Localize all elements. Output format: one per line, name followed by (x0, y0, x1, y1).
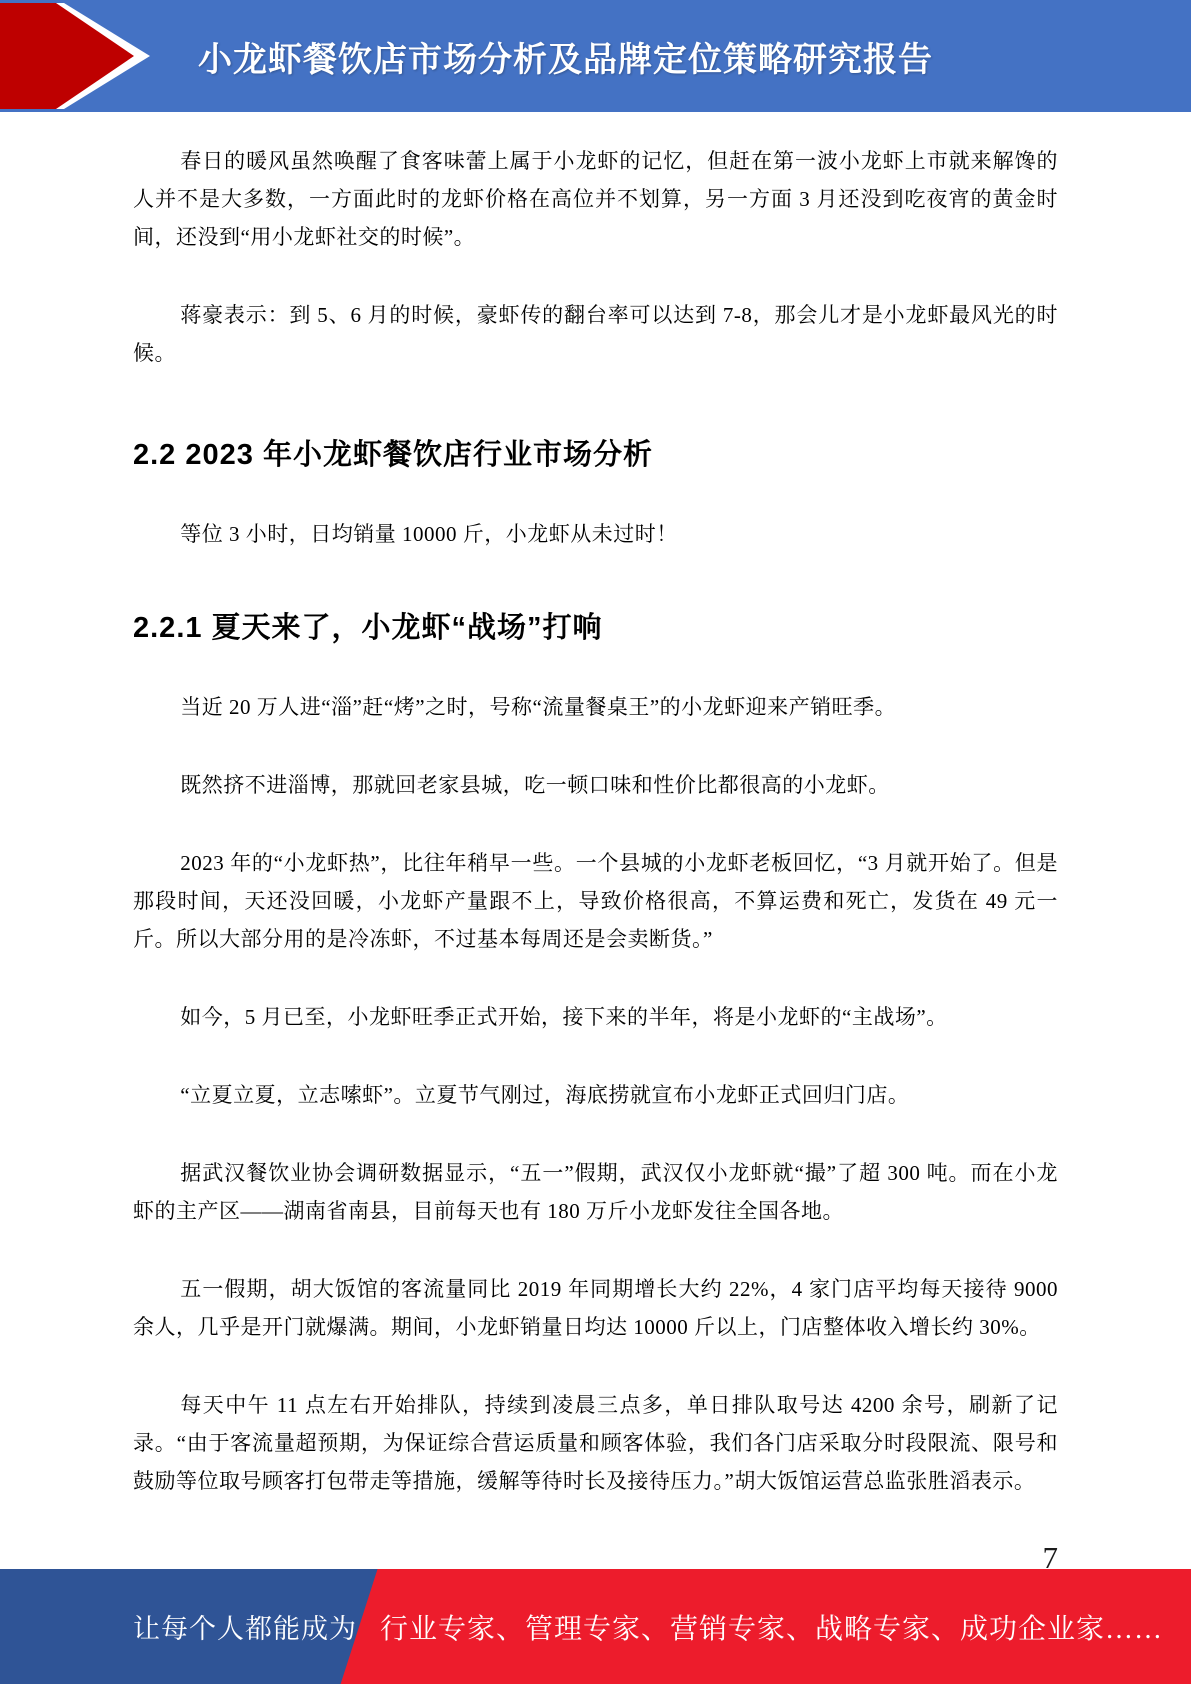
paragraph: 据武汉餐饮业协会调研数据显示，“五一”假期，武汉仅小龙虾就“撮”了超 300 吨… (133, 1154, 1058, 1230)
footer-slogan-left: 让每个人都能成为 (133, 1569, 357, 1684)
paragraph: 如今，5 月已至，小龙虾旺季正式开始，接下来的半年，将是小龙虾的“主战场”。 (133, 998, 1058, 1036)
paragraph: 当近 20 万人进“淄”赶“烤”之时，号称“流量餐桌王”的小龙虾迎来产销旺季。 (133, 688, 1058, 726)
page-footer: 让每个人都能成为 行业专家、管理专家、营销专家、战略专家、成功企业家…… (0, 1569, 1191, 1684)
paragraph: “立夏立夏，立志嗦虾”。立夏节气刚过，海底捞就宣布小龙虾正式回归门店。 (133, 1076, 1058, 1114)
footer-slogan-right: 行业专家、管理专家、营销专家、战略专家、成功企业家…… (380, 1569, 1163, 1684)
section-heading-2-2-1: 2.2.1 夏天来了，小龙虾“战场”打响 (133, 605, 1058, 646)
report-title: 小龙虾餐饮店市场分析及品牌定位策略研究报告 (198, 32, 933, 81)
paragraph: 春日的暖风虽然唤醒了食客味蕾上属于小龙虾的记忆，但赶在第一波小龙虾上市就来解馋的… (133, 142, 1058, 256)
report-page: 小龙虾餐饮店市场分析及品牌定位策略研究报告 春日的暖风虽然唤醒了食客味蕾上属于小… (0, 0, 1191, 1684)
paragraph: 等位 3 小时，日均销量 10000 斤，小龙虾从未过时！ (133, 515, 1058, 553)
document-body: 春日的暖风虽然唤醒了食客味蕾上属于小龙虾的记忆，但赶在第一波小龙虾上市就来解馋的… (0, 142, 1191, 1500)
paragraph: 蒋豪表示：到 5、6 月的时候，豪虾传的翻台率可以达到 7-8，那会儿才是小龙虾… (133, 296, 1058, 372)
paragraph: 每天中午 11 点左右开始排队，持续到凌晨三点多，单日排队取号达 4200 余号… (133, 1386, 1058, 1500)
header-title-wrap: 小龙虾餐饮店市场分析及品牌定位策略研究报告 (0, 0, 1191, 112)
paragraph: 2023 年的“小龙虾热”，比往年稍早一些。一个县城的小龙虾老板回忆，“3 月就… (133, 844, 1058, 958)
paragraph: 既然挤不进淄博，那就回老家县城，吃一顿口味和性价比都很高的小龙虾。 (133, 766, 1058, 804)
paragraph: 五一假期，胡大饭馆的客流量同比 2019 年同期增长大约 22%，4 家门店平均… (133, 1270, 1058, 1346)
section-heading-2-2: 2.2 2023 年小龙虾餐饮店行业市场分析 (133, 432, 1058, 473)
page-header: 小龙虾餐饮店市场分析及品牌定位策略研究报告 (0, 0, 1191, 112)
